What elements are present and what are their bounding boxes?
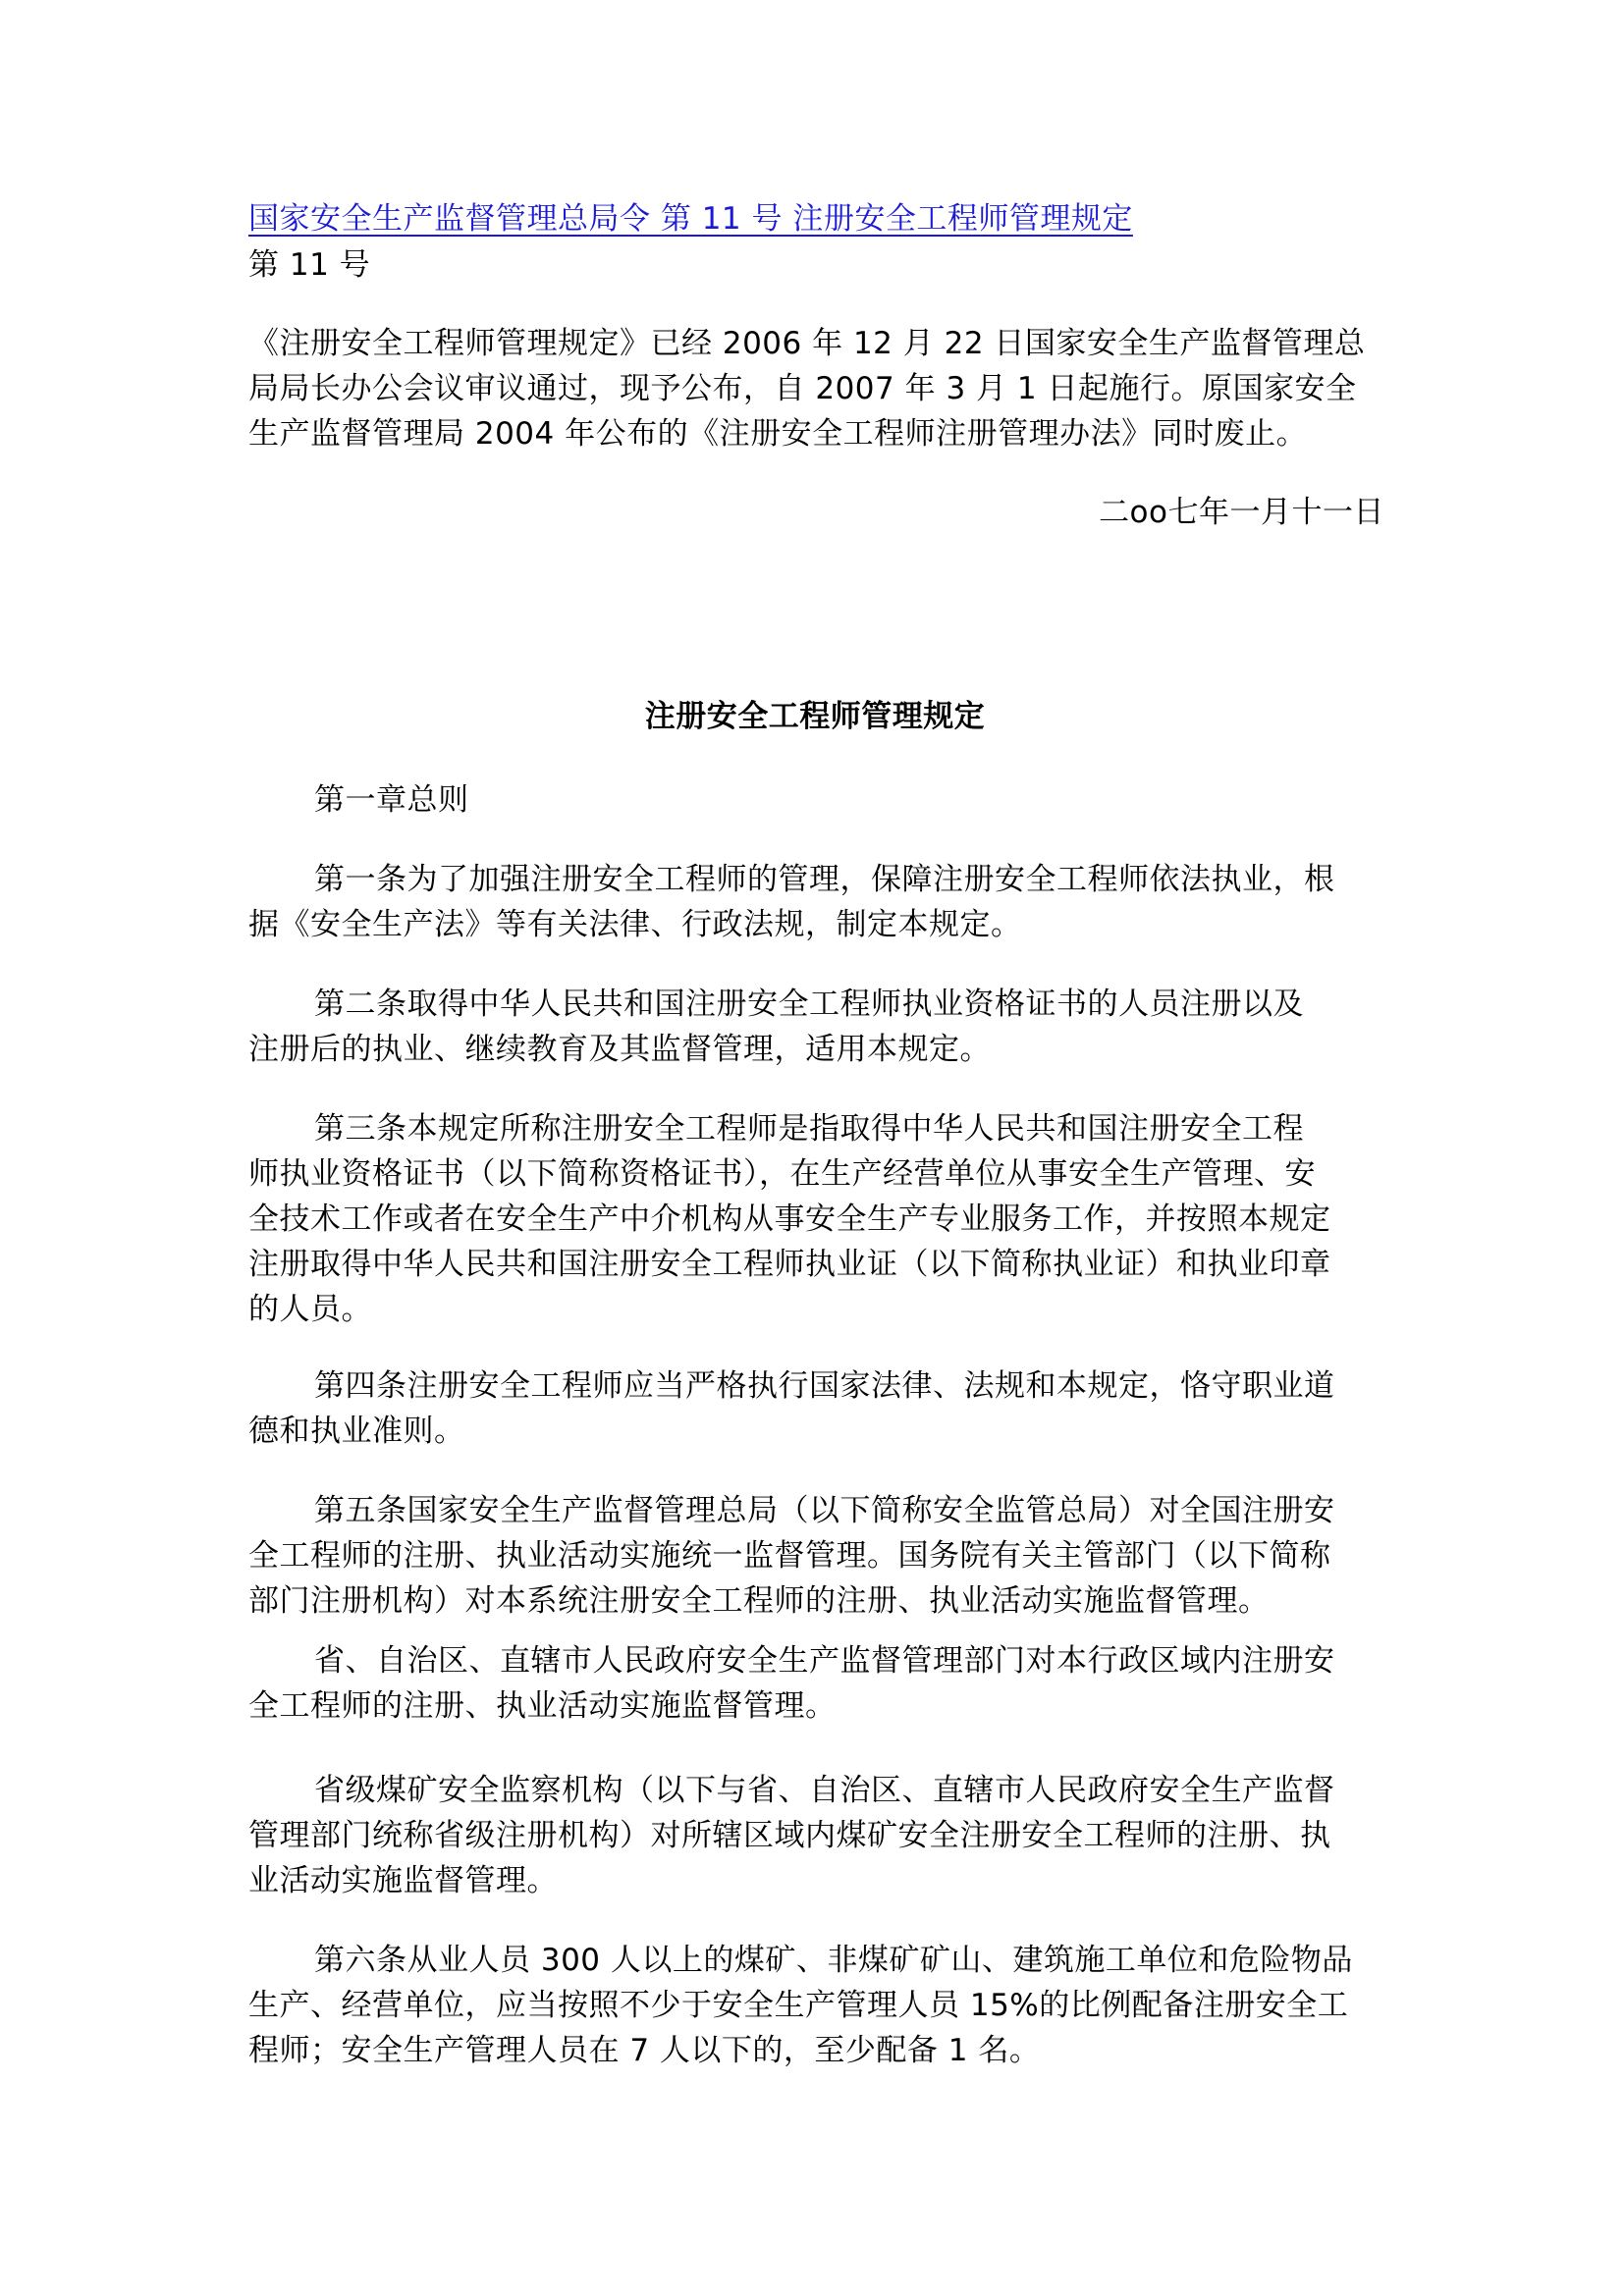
- article-6-line: 程师；安全生产管理人员在 7 人以下的，至少配备 1 名。: [248, 2031, 1040, 2070]
- article-6-line: 生产、经营单位，应当按照不少于安全生产管理人员 15%的比例配备注册安全工: [248, 1986, 1348, 2025]
- article-4-line: 德和执业准则。: [248, 1412, 465, 1451]
- article-3-line: 全技术工作或者在安全生产中介机构从事安全生产专业服务工作，并按照本规定: [248, 1200, 1331, 1239]
- order-number: 第 11 号: [248, 245, 370, 285]
- article-5-paragraph-2-line: 省、自治区、直辖市人民政府安全生产监督管理部门对本行政区域内注册安: [314, 1641, 1335, 1681]
- article-3-line: 师执业资格证书（以下简称资格证书），在生产经营单位从事安全生产管理、安: [248, 1154, 1316, 1194]
- announcement-line: 局局长办公会议审议通过，现予公布，自 2007 年 3 月 1 日起施行。原国家…: [248, 369, 1356, 408]
- article-5-paragraph-3-line: 业活动实施监督管理。: [248, 1861, 558, 1900]
- article-6-line: 第六条从业人员 300 人以上的煤矿、非煤矿矿山、建筑施工单位和危险物品: [314, 1941, 1353, 1980]
- article-3-line: 第三条本规定所称注册安全工程师是指取得中华人民共和国注册安全工程: [314, 1109, 1304, 1148]
- article-2-line: 注册后的执业、继续教育及其监督管理，适用本规定。: [248, 1030, 991, 1069]
- article-5-line: 部门注册机构）对本系统注册安全工程师的注册、执业活动实施监督管理。: [248, 1581, 1270, 1621]
- chapter-heading: 第一章总则: [314, 780, 469, 820]
- announcement-line: 《注册安全工程师管理规定》已经 2006 年 12 月 22 日国家安全生产监督…: [248, 324, 1365, 363]
- article-4-line: 第四条注册安全工程师应当严格执行国家法律、法规和本规定，恪守职业道: [314, 1366, 1335, 1406]
- article-3-line: 注册取得中华人民共和国注册安全工程师执业证（以下简称执业证）和执业印章: [248, 1245, 1331, 1284]
- article-5-paragraph-3-line: 管理部门统称省级注册机构）对所辖区域内煤矿安全注册安全工程师的注册、执: [248, 1816, 1331, 1855]
- article-5-line: 全工程师的注册、执业活动实施统一监督管理。国务院有关主管部门（以下简称: [248, 1536, 1331, 1575]
- document-title: 注册安全工程师管理规定: [0, 697, 1624, 736]
- announcement-line: 生产监督管理局 2004 年公布的《注册安全工程师注册管理办法》同时废止。: [248, 414, 1307, 454]
- order-title-link[interactable]: 国家安全生产监督管理总局令 第 11 号 注册安全工程师管理规定: [248, 199, 1133, 239]
- article-5-line: 第五条国家安全生产监督管理总局（以下简称安全监管总局）对全国注册安: [314, 1491, 1335, 1530]
- article-2-line: 第二条取得中华人民共和国注册安全工程师执业资格证书的人员注册以及: [314, 985, 1304, 1024]
- document-page: 国家安全生产监督管理总局令 第 11 号 注册安全工程师管理规定 第 11 号 …: [0, 0, 1624, 2296]
- article-1-line: 第一条为了加强注册安全工程师的管理，保障注册安全工程师依法执业，根: [314, 860, 1335, 899]
- article-1-line: 据《安全生产法》等有关法律、行政法规，制定本规定。: [248, 905, 1022, 944]
- article-5-paragraph-2-line: 全工程师的注册、执业活动实施监督管理。: [248, 1686, 837, 1726]
- article-5-paragraph-3-line: 省级煤矿安全监察机构（以下与省、自治区、直辖市人民政府安全生产监督: [314, 1771, 1335, 1810]
- article-3-line: 的人员。: [248, 1290, 372, 1329]
- announcement-date: 二oo七年一月十一日: [1099, 493, 1384, 532]
